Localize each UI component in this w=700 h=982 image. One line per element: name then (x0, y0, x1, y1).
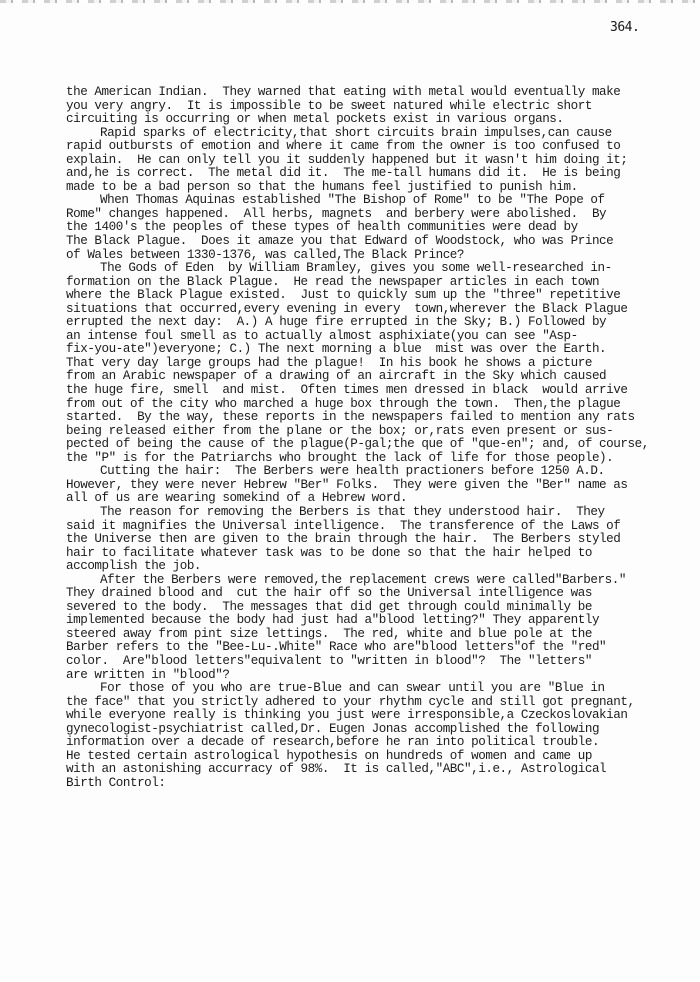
text-line: the face" that you strictly adhered to y… (66, 696, 696, 710)
text-line: hair to facilitate whatever task was to … (66, 547, 696, 561)
text-line: The reason for removing the Berbers is t… (66, 506, 696, 520)
text-line: the American Indian. They warned that ea… (66, 86, 696, 100)
text-line: color. Are"blood letters"equivalent to "… (66, 655, 696, 669)
text-line: the "P" is for the Patriarchs who brough… (66, 452, 696, 466)
text-line: where the Black Plague existed. Just to … (66, 289, 696, 303)
text-line: The Gods of Eden by William Bramley, giv… (66, 262, 696, 276)
text-line: Cutting the hair: The Berbers were healt… (66, 465, 696, 479)
text-line: However, they were never Hebrew "Ber" Fo… (66, 479, 696, 493)
text-line: said it magnifies the Universal intellig… (66, 520, 696, 534)
text-line: started. By the way, these reports in th… (66, 411, 696, 425)
text-line: He tested certain astrological hypothesi… (66, 750, 696, 764)
page-number: 364. (610, 20, 639, 35)
text-line: information over a decade of research,be… (66, 736, 696, 750)
text-line: circuiting is occurring or when metal po… (66, 113, 696, 127)
text-line: Rome" changes happened. All herbs, magne… (66, 208, 696, 222)
text-line: Barber refers to the "Bee-Lu-.White" Rac… (66, 641, 696, 655)
text-line: steered away from pint size lettings. Th… (66, 628, 696, 642)
text-line: implemented because the body had just ha… (66, 614, 696, 628)
text-line: Birth Control: (66, 777, 696, 791)
text-line: fix-you-ate")everyone; C.) The next morn… (66, 343, 696, 357)
text-line: from an Arabic newspaper of a drawing of… (66, 370, 696, 384)
text-line: For those of you who are true-Blue and c… (66, 682, 696, 696)
text-line: you very angry. It is impossible to be s… (66, 100, 696, 114)
text-line: When Thomas Aquinas established "The Bis… (66, 194, 696, 208)
text-line: The Black Plague. Does it amaze you that… (66, 235, 696, 249)
text-line: formation on the Black Plague. He read t… (66, 276, 696, 290)
text-line: and,he is correct. The metal did it. The… (66, 167, 696, 181)
text-line: After the Berbers were removed,the repla… (66, 574, 696, 588)
text-line: being released either from the plane or … (66, 425, 696, 439)
scan-edge-artifact (0, 0, 700, 3)
text-line: severed to the body. The messages that d… (66, 601, 696, 615)
text-line: an intense foul smell as to actually alm… (66, 330, 696, 344)
body-text: the American Indian. They warned that ea… (66, 86, 696, 790)
text-line: accomplish the job. (66, 560, 696, 574)
text-line: rapid outbursts of emotion and where it … (66, 140, 696, 154)
text-line: They drained blood and cut the hair off … (66, 587, 696, 601)
document-page: 364. the American Indian. They warned th… (0, 0, 700, 982)
text-line: gynecologist-psychiatrist called,Dr. Eug… (66, 723, 696, 737)
text-line: made to be a bad person so that the huma… (66, 181, 696, 195)
text-line: of Wales between 1330-1376, was called,T… (66, 249, 696, 263)
text-line: while everyone really is thinking you ju… (66, 709, 696, 723)
text-line: the huge fire, smell and mist. Often tim… (66, 384, 696, 398)
text-line: with an astonishing accurracy of 98%. It… (66, 763, 696, 777)
text-line: the 1400's the peoples of these types of… (66, 221, 696, 235)
text-line: are written in "blood"? (66, 669, 696, 683)
text-line: from out of the city who marched a huge … (66, 398, 696, 412)
text-line: situations that occurred,every evening i… (66, 303, 696, 317)
text-line: Rapid sparks of electricity,that short c… (66, 127, 696, 141)
text-line: errupted the next day: A.) A huge fire e… (66, 316, 696, 330)
text-line: That very day large groups had the plagu… (66, 357, 696, 371)
text-line: pected of being the cause of the plague(… (66, 438, 696, 452)
text-line: explain. He can only tell you it suddenl… (66, 154, 696, 168)
text-line: all of us are wearing somekind of a Hebr… (66, 492, 696, 506)
text-line: the Universe then are given to the brain… (66, 533, 696, 547)
